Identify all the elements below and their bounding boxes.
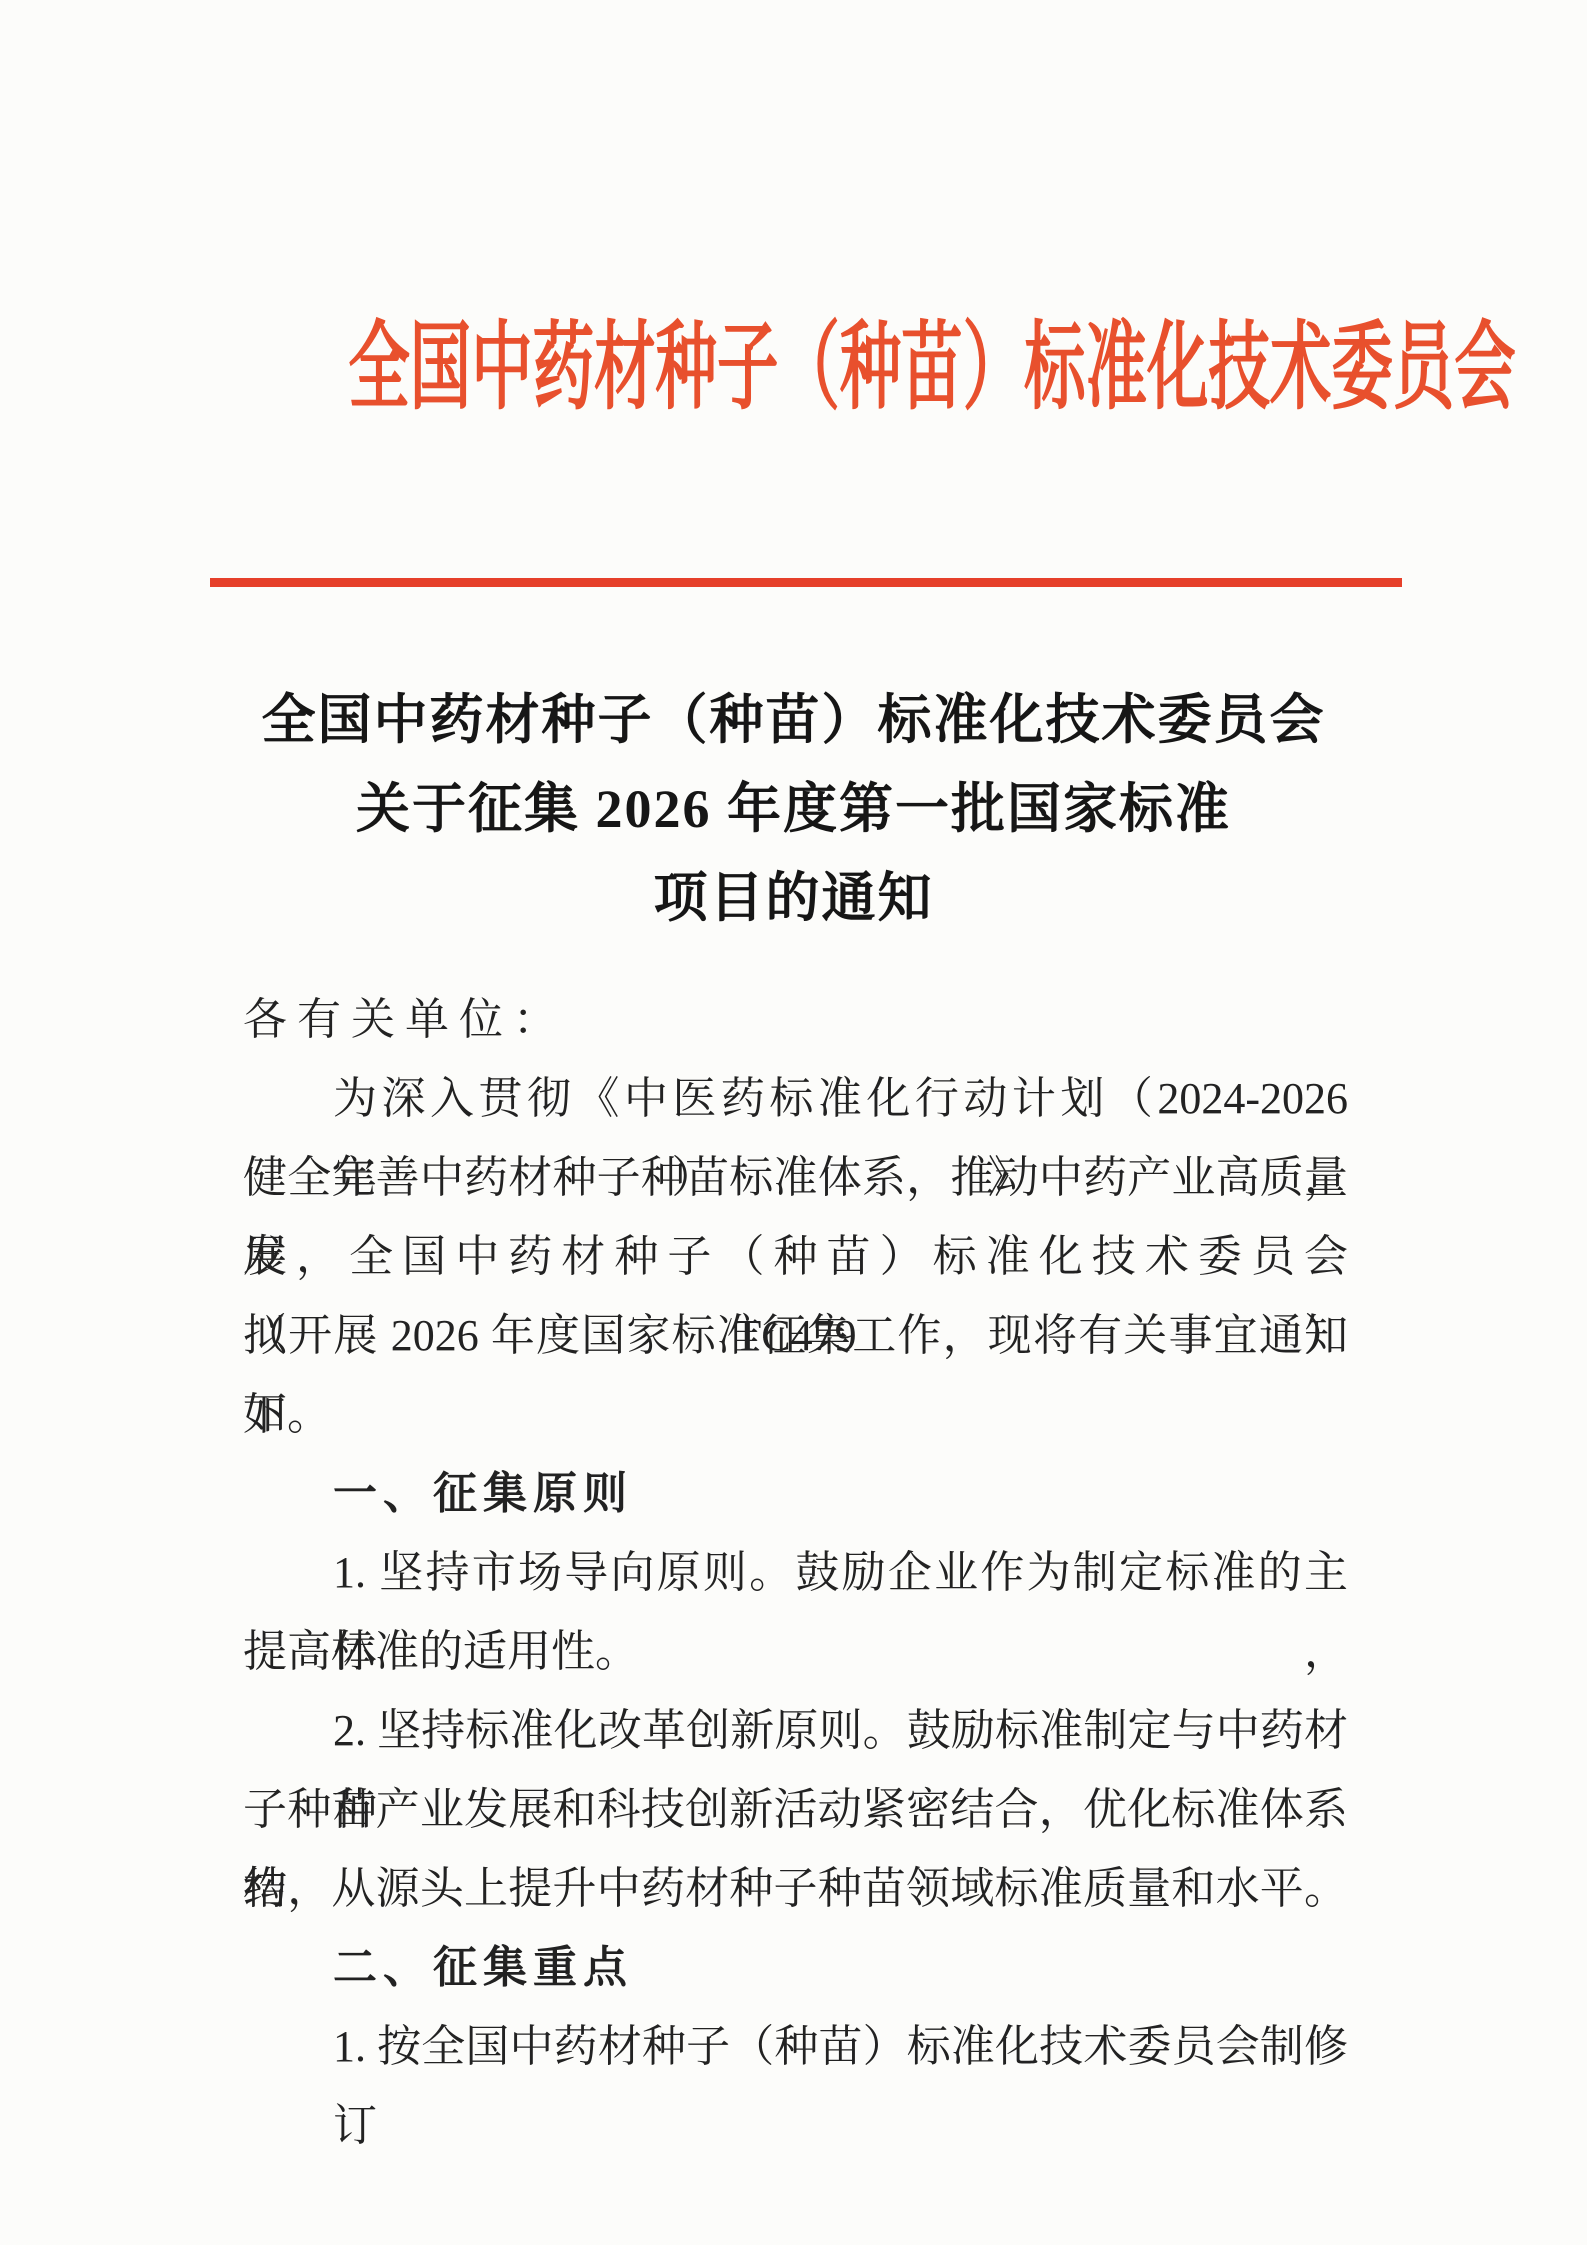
section-heading-1: 一、征集原则 bbox=[243, 1454, 1348, 1533]
document-page: 全国中药材种子（种苗）标准化技术委员会 全国中药材种子（种苗）标准化技术委员会 … bbox=[0, 0, 1587, 2245]
notice-title-line-3: 项目的通知 bbox=[0, 854, 1587, 943]
paragraph-line: 拟开展 2026 年度国家标准征集工作，现将有关事宜通知如 bbox=[243, 1296, 1348, 1375]
paragraph-line: 构，从源头上提升中药材种子种苗领域标准质量和水平。 bbox=[243, 1849, 1348, 1928]
paragraph-line: 2. 坚持标准化改革创新原则。鼓励标准制定与中药材种 bbox=[243, 1691, 1348, 1770]
notice-title-line-2: 关于征集 2026 年度第一批国家标准 bbox=[0, 765, 1587, 854]
section-heading-2: 二、征集重点 bbox=[243, 1928, 1348, 2007]
letterhead: 全国中药材种子（种苗）标准化技术委员会 bbox=[0, 308, 1587, 428]
letterhead-divider-rule bbox=[210, 578, 1402, 587]
paragraph-line: 1. 坚持市场导向原则。鼓励企业作为制定标准的主体， bbox=[243, 1533, 1348, 1612]
paragraph-line: 下。 bbox=[243, 1375, 1348, 1454]
paragraph-line: 展，全国中药材种子（种苗）标准化技术委员会（TC479） bbox=[243, 1217, 1348, 1296]
paragraph-line: 1. 按全国中药材种子（种苗）标准化技术委员会制修订 bbox=[243, 2007, 1348, 2086]
paragraph-line: 子种苗产业发展和科技创新活动紧密结合，优化标准体系结 bbox=[243, 1770, 1348, 1849]
notice-title: 全国中药材种子（种苗）标准化技术委员会 关于征集 2026 年度第一批国家标准 … bbox=[0, 676, 1587, 943]
letterhead-title: 全国中药材种子（种苗）标准化技术委员会 bbox=[348, 308, 1515, 428]
paragraph-line: 为深入贯彻《中医药标准化行动计划（2024-2026 年）》， bbox=[243, 1059, 1348, 1138]
salutation: 各有关单位： bbox=[243, 980, 1348, 1059]
paragraph-line: 健全完善中药材种子种苗标准体系，推动中药产业高质量发 bbox=[243, 1138, 1348, 1217]
notice-body: 各有关单位： 为深入贯彻《中医药标准化行动计划（2024-2026 年）》， 健… bbox=[243, 980, 1348, 2086]
notice-title-line-1: 全国中药材种子（种苗）标准化技术委员会 bbox=[0, 676, 1587, 765]
